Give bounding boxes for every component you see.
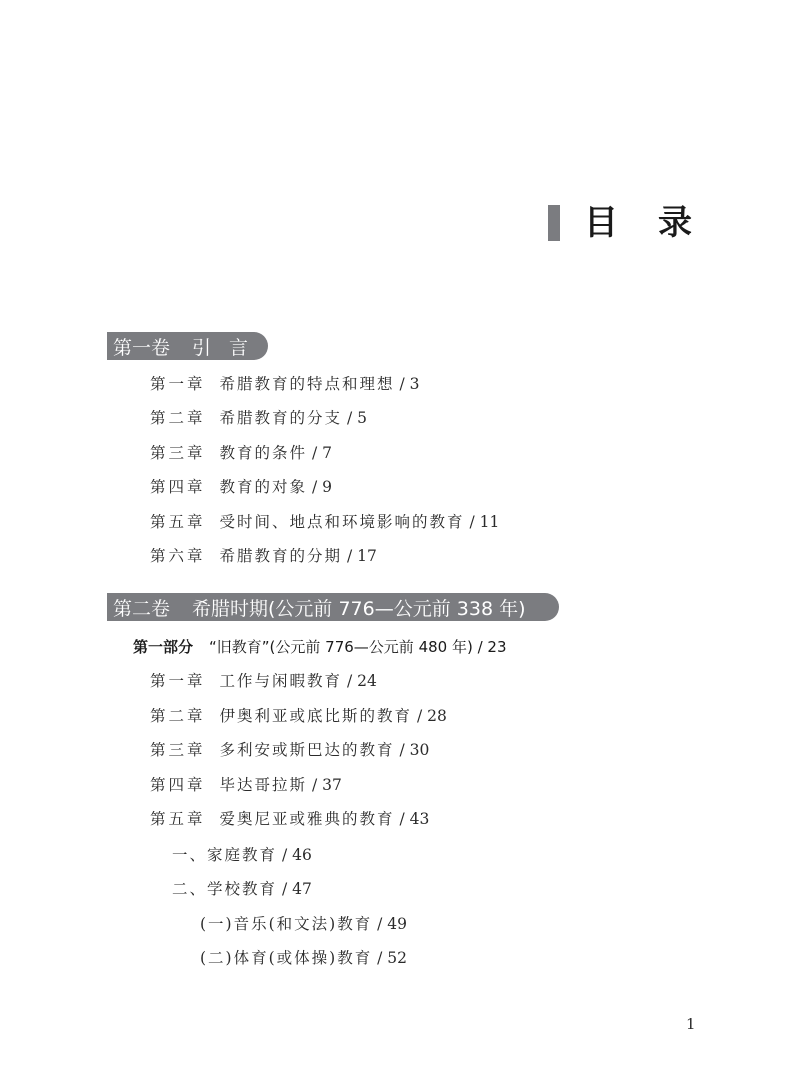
page-title-text: 目录 — [584, 203, 732, 243]
chapter-label: 第三章 — [150, 740, 206, 760]
volume-label: 第二卷 — [113, 594, 170, 621]
toc-entry[interactable]: 第三章教育的条件 / 7 — [150, 443, 332, 463]
page-ref: 11 — [480, 513, 500, 531]
page-title: 目录 — [548, 203, 732, 243]
page-ref: 7 — [322, 444, 332, 462]
separator: / — [342, 409, 357, 427]
page-ref: 17 — [357, 547, 377, 565]
separator: / — [473, 638, 488, 656]
section-title: 二、学校教育 — [172, 880, 277, 898]
chapter-title: 伊奥利亚或底比斯的教育 — [220, 707, 413, 725]
separator: / — [277, 880, 292, 898]
page-ref: 24 — [357, 672, 377, 690]
page-ref: 49 — [387, 915, 407, 933]
separator: / — [372, 915, 387, 933]
toc-entry[interactable]: 第一章工作与闲暇教育 / 24 — [150, 671, 377, 691]
chapter-title: 希腊教育的分支 — [220, 409, 343, 427]
volume-1-banner: 第一卷 引言 — [107, 332, 268, 360]
page-ref: 43 — [410, 810, 430, 828]
chapter-title: 多利安或斯巴达的教育 — [220, 741, 395, 759]
separator: / — [465, 513, 480, 531]
toc-entry[interactable]: 第四章毕达哥拉斯 / 37 — [150, 775, 342, 795]
chapter-title: 爱奥尼亚或雅典的教育 — [220, 810, 395, 828]
page-ref: 28 — [427, 707, 447, 725]
separator: / — [277, 846, 292, 864]
separator: / — [412, 707, 427, 725]
toc-entry[interactable]: 第五章受时间、地点和环境影响的教育 / 11 — [150, 512, 499, 532]
chapter-title: 希腊教育的特点和理想 — [220, 375, 395, 393]
page-ref: 5 — [357, 409, 367, 427]
page-ref: 47 — [292, 880, 312, 898]
chapter-label: 第五章 — [150, 809, 206, 829]
separator: / — [395, 375, 410, 393]
section-title: 一、家庭教育 — [172, 846, 277, 864]
toc-subsection-entry[interactable]: (二)体育(或体操)教育 / 52 — [200, 948, 407, 968]
page-ref: 9 — [322, 478, 332, 496]
separator: / — [307, 444, 322, 462]
separator: / — [395, 741, 410, 759]
chapter-label: 第五章 — [150, 512, 206, 532]
chapter-title: 教育的条件 — [220, 444, 308, 462]
separator: / — [342, 672, 357, 690]
toc-subsection-entry[interactable]: (一)音乐(和文法)教育 / 49 — [200, 914, 407, 934]
volume-label: 第一卷 — [113, 333, 170, 360]
page-ref: 52 — [387, 949, 407, 967]
chapter-title: 毕达哥拉斯 — [220, 776, 308, 794]
title-accent-bar — [548, 205, 560, 241]
volume-title: 希腊时期(公元前 776—公元前 338 年) — [192, 594, 525, 621]
separator: / — [342, 547, 357, 565]
part-label: 第一部分 — [133, 638, 193, 656]
subsection-title: (二)体育(或体操)教育 — [200, 949, 372, 967]
separator: / — [307, 478, 322, 496]
separator: / — [372, 949, 387, 967]
toc-entry[interactable]: 第四章教育的对象 / 9 — [150, 477, 332, 497]
chapter-label: 第二章 — [150, 706, 206, 726]
part-title: “旧教育”(公元前 776—公元前 480 年) — [209, 638, 473, 656]
chapter-title: 受时间、地点和环境影响的教育 — [220, 513, 465, 531]
volume-2-banner: 第二卷 希腊时期(公元前 776—公元前 338 年) — [107, 593, 559, 621]
toc-part-entry[interactable]: 第一部分“旧教育”(公元前 776—公元前 480 年) / 23 — [133, 637, 507, 657]
chapter-title: 希腊教育的分期 — [220, 547, 343, 565]
subsection-title: (一)音乐(和文法)教育 — [200, 915, 372, 933]
toc-entry[interactable]: 第三章多利安或斯巴达的教育 / 30 — [150, 740, 429, 760]
toc-section-entry[interactable]: 一、家庭教育 / 46 — [172, 845, 312, 865]
toc-entry[interactable]: 第二章希腊教育的分支 / 5 — [150, 408, 367, 428]
chapter-label: 第二章 — [150, 408, 206, 428]
toc-entry[interactable]: 第五章爱奥尼亚或雅典的教育 / 43 — [150, 809, 429, 829]
page-ref: 37 — [322, 776, 342, 794]
page-ref: 23 — [487, 638, 506, 656]
chapter-title: 教育的对象 — [220, 478, 308, 496]
volume-title: 引言 — [192, 333, 266, 360]
chapter-title: 工作与闲暇教育 — [220, 672, 343, 690]
page-ref: 3 — [410, 375, 420, 393]
page-ref: 46 — [292, 846, 312, 864]
separator: / — [307, 776, 322, 794]
chapter-label: 第四章 — [150, 775, 206, 795]
chapter-label: 第一章 — [150, 671, 206, 691]
chapter-label: 第一章 — [150, 374, 206, 394]
separator: / — [395, 810, 410, 828]
page-number: 1 — [686, 1014, 696, 1034]
page-ref: 30 — [410, 741, 430, 759]
toc-entry[interactable]: 第二章伊奥利亚或底比斯的教育 / 28 — [150, 706, 447, 726]
toc-entry[interactable]: 第一章希腊教育的特点和理想 / 3 — [150, 374, 419, 394]
toc-section-entry[interactable]: 二、学校教育 / 47 — [172, 879, 312, 899]
chapter-label: 第四章 — [150, 477, 206, 497]
chapter-label: 第三章 — [150, 443, 206, 463]
toc-entry[interactable]: 第六章希腊教育的分期 / 17 — [150, 546, 377, 566]
chapter-label: 第六章 — [150, 546, 206, 566]
